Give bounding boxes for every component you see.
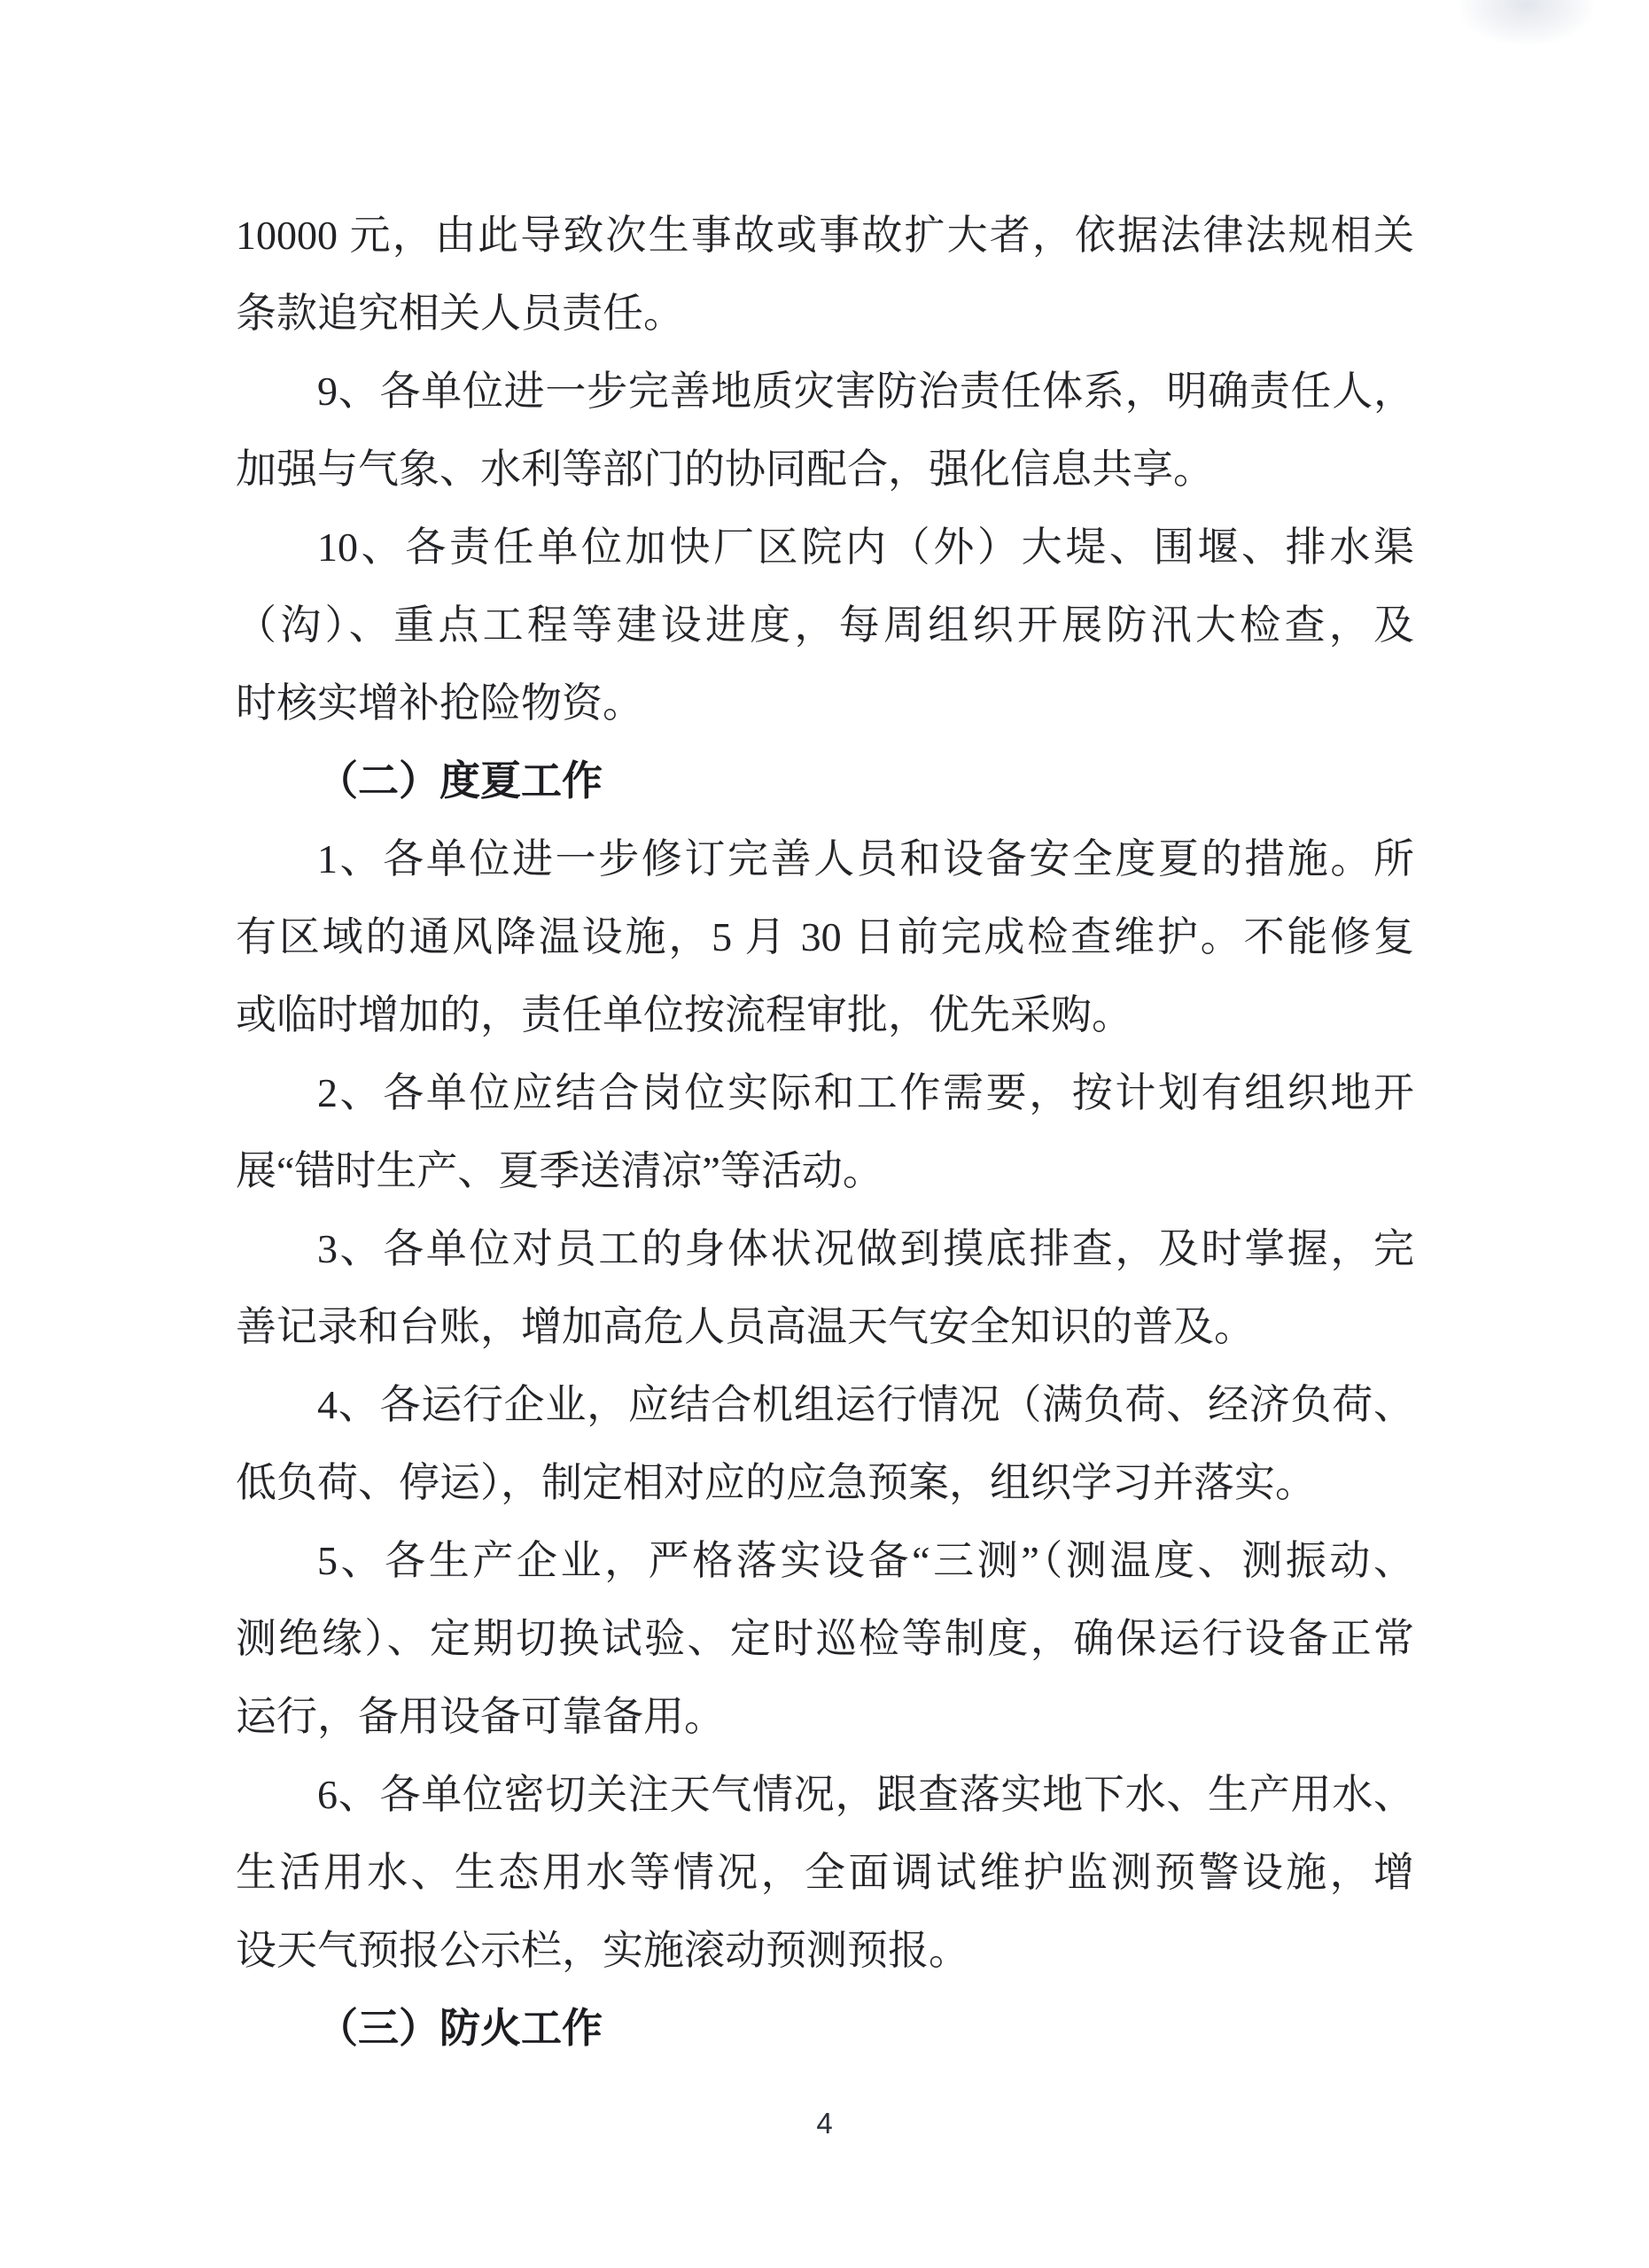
text-line: 时核实增补抢险物资。	[236, 664, 1414, 742]
text-line: 低负荷、停运），制定相对应的应急预案，组织学习并落实。	[236, 1444, 1414, 1522]
text-line: 或临时增加的，责任单位按流程审批，优先采购。	[236, 976, 1414, 1054]
text-line: 有区域的通风降温设施，5 月 30 日前完成检查维护。不能修复	[236, 898, 1414, 976]
document-page: 10000 元，由此导致次生事故或事故扩大者，依据法律法规相关 条款追究相关人员…	[0, 0, 1649, 2268]
text-line: 设天气预报公示栏，实施滚动预测预报。	[236, 1912, 1414, 1990]
page-number: 4	[0, 2107, 1649, 2140]
text-line: 6、各单位密切关注天气情况，跟查落实地下水、生产用水、	[236, 1756, 1414, 1834]
text-line: 2、各单位应结合岗位实际和工作需要，按计划有组织地开	[236, 1054, 1414, 1132]
text-line: 5、各生产企业，严格落实设备“三测”（测温度、测振动、	[236, 1522, 1414, 1600]
text-line: 善记录和台账，增加高危人员高温天气安全知识的普及。	[236, 1288, 1414, 1366]
section-heading: （二）度夏工作	[236, 742, 1414, 820]
text-line: 生活用水、生态用水等情况，全面调试维护监测预警设施，增	[236, 1834, 1414, 1912]
scan-smudge	[1460, 0, 1593, 44]
text-line: 3、各单位对员工的身体状况做到摸底排查，及时掌握，完	[236, 1210, 1414, 1288]
text-line: 展“错时生产、夏季送清凉”等活动。	[236, 1132, 1414, 1210]
text-line: 加强与气象、水利等部门的协同配合，强化信息共享。	[236, 431, 1414, 509]
text-line: 10、各责任单位加快厂区院内（外）大堤、围堰、排水渠	[236, 509, 1414, 586]
text-line: （沟）、重点工程等建设进度，每周组织开展防汛大检查，及	[236, 586, 1414, 664]
text-line: 4、各运行企业，应结合机组运行情况（满负荷、经济负荷、	[236, 1366, 1414, 1444]
text-line: 1、各单位进一步修订完善人员和设备安全度夏的措施。所	[236, 820, 1414, 898]
section-heading: （三）防火工作	[236, 1990, 1414, 2068]
text-line: 9、各单位进一步完善地质灾害防治责任体系，明确责任人，	[236, 353, 1414, 431]
text-line: 运行，备用设备可靠备用。	[236, 1678, 1414, 1756]
document-body: 10000 元，由此导致次生事故或事故扩大者，依据法律法规相关 条款追究相关人员…	[236, 197, 1414, 2068]
text-line: 测绝缘）、定期切换试验、定时巡检等制度，确保运行设备正常	[236, 1600, 1414, 1678]
text-line: 条款追究相关人员责任。	[236, 275, 1414, 353]
text-line: 10000 元，由此导致次生事故或事故扩大者，依据法律法规相关	[236, 197, 1414, 275]
